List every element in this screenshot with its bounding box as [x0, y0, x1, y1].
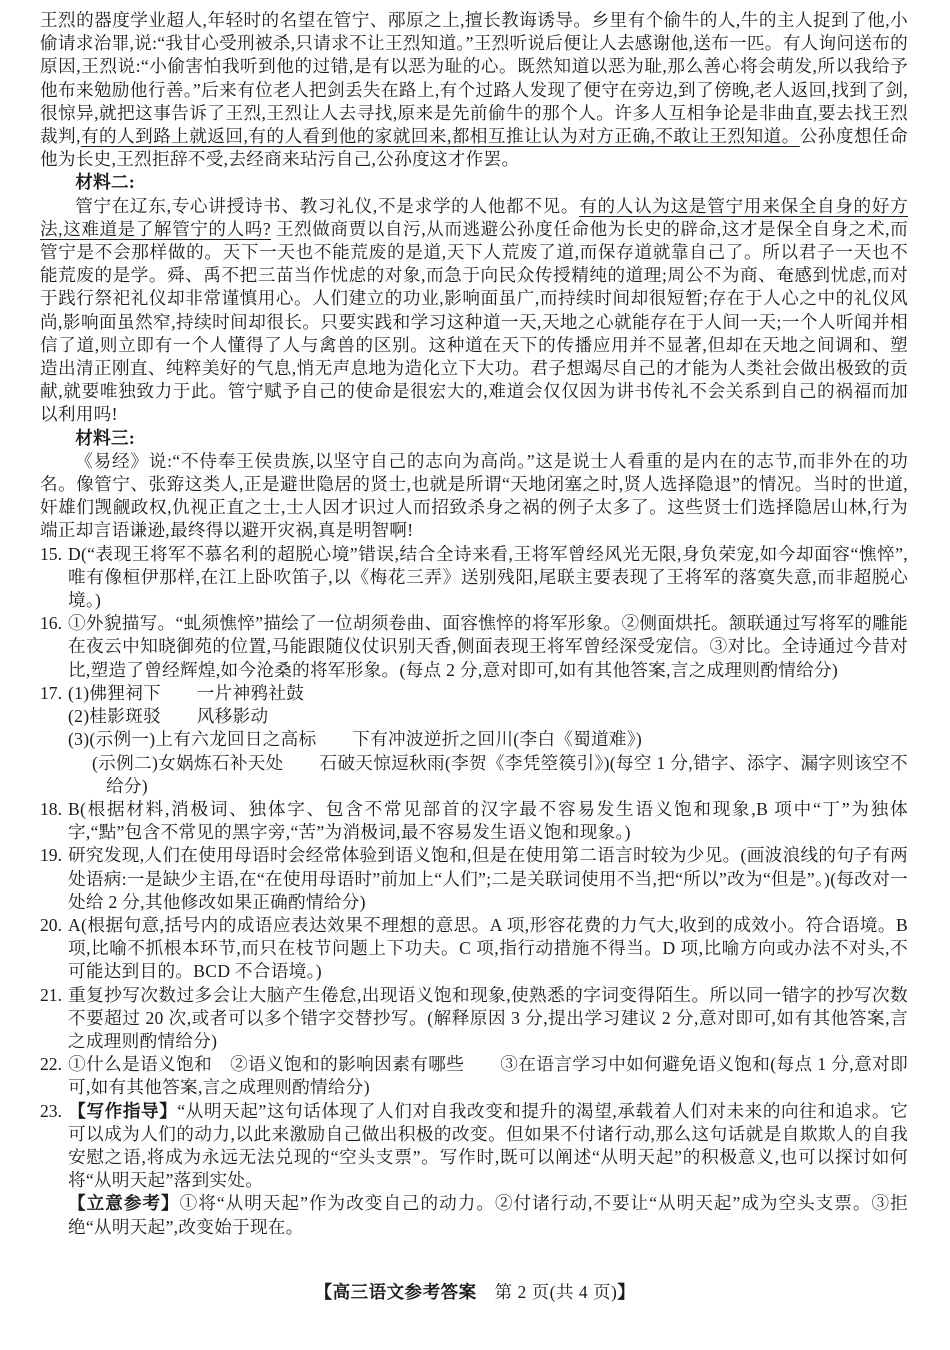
material-three-paragraph-text-run: 《易经》说:“不侍奉王侯贵族,以坚守自己的志向为高尚。”这是说士人看重的是内在的…: [40, 451, 908, 541]
answer-17-line4-text-run: (示例二)女娲炼石补天处 石破天惊逗秋雨(李贺《李凭箜篌引》)(每空 1 分,错…: [92, 753, 908, 796]
answer-22: 22.①什么是语义饱和 ②语义饱和的影响因素有哪些 ③在语言学习中如何避免语义饱…: [40, 1053, 908, 1099]
answer-22-number: 22.: [40, 1053, 68, 1076]
answer-19-text-run: 研究发现,人们在使用母语时会经常体验到语义饱和,但是在使用第二语言时较为少见。(…: [68, 845, 908, 911]
document-body: 王烈的器度学业超人,年轻时的名望在管宁、邴原之上,擅长教诲诱导。乡里有个偷牛的人…: [40, 9, 908, 1239]
material-three-paragraph: 《易经》说:“不侍奉王侯贵族,以坚守自己的志向为高尚。”这是说士人看重的是内在的…: [40, 450, 908, 543]
document-page: 王烈的器度学业超人,年轻时的名望在管宁、邴原之上,擅长教诲诱导。乡里有个偷牛的人…: [0, 0, 950, 1350]
page-footer-text-run: 】: [617, 1282, 635, 1302]
answer-16-number: 16.: [40, 612, 68, 635]
material-three-heading: 材料三:: [40, 427, 908, 450]
answer-17-line1-number: 17.: [40, 682, 68, 705]
page-footer-text-run: 第 2 页(共 4 页): [477, 1282, 618, 1302]
material-three-heading-text-run: 材料三:: [75, 428, 135, 448]
page-footer-text-run: 【高三语文参考答案: [315, 1282, 477, 1302]
page-footer: 【高三语文参考答案 第 2 页(共 4 页)】: [0, 1281, 950, 1304]
answer-20: 20.A(根据句意,括号内的成语应表达效果不理想的意思。A 项,形容花费的力气大…: [40, 914, 908, 984]
material-two-heading-text-run: 材料二:: [75, 172, 135, 192]
answer-18: 18.B(根据材料,消极词、独体字、包含不常见部首的汉字最不容易发生语义饱和现象…: [40, 798, 908, 844]
answer-15-number: 15.: [40, 543, 68, 566]
material-two-paragraph-text-run: 管宁在辽东,专心讲授诗书、教习礼仪,不是求学的人他都不见。: [75, 196, 579, 216]
answer-21-text-run: 重复抄写次数过多会让大脑产生倦怠,出现语义饱和现象,使熟悉的字词变得陌生。所以同…: [68, 985, 908, 1051]
answer-18-text-run: B(根据材料,消极词、独体字、包含不常见部首的汉字最不容易发生语义饱和现象,B …: [68, 799, 908, 842]
answer-21-number: 21.: [40, 984, 68, 1007]
answer-16-text-run: ①外貌描写。“虬须憔悴”描绘了一位胡须卷曲、面容憔悴的将军形象。②侧面烘托。颔联…: [68, 613, 908, 679]
answer-23: 23.【写作指导】“从明天起”这句话体现了人们对自我改变和提升的渴望,承载着人们…: [40, 1100, 908, 1193]
answer-23-intent: 【立意参考】①将“从明天起”作为改变自己的动力。②付诸行动,不要让“从明天起”成…: [40, 1192, 908, 1238]
answer-16: 16.①外貌描写。“虬须憔悴”描绘了一位胡须卷曲、面容憔悴的将军形象。②侧面烘托…: [40, 612, 908, 682]
answer-17-line2-text-run: (2)桂影斑驳 风移影动: [68, 706, 268, 726]
material-one-paragraph-text-run: 有的人到路上就返回,有的人看到他的家就回来,都相互推让认为对方正确,不敢让王烈知…: [81, 126, 800, 146]
answer-23-intent-text-run: ①将“从明天起”作为改变自己的动力。②付诸行动,不要让“从明天起”成为空头支票。…: [68, 1193, 908, 1236]
answer-17-line1-text-run: (1)佛狸祠下 一片神鸦社鼓: [68, 683, 304, 703]
answer-23-intent-text-run: 【立意参考】: [68, 1193, 180, 1213]
answer-23-text-run: 【写作指导】: [68, 1101, 177, 1121]
answer-15: 15.D(“表现王将军不慕名利的超脱心境”错误,结合全诗来看,王将军曾经风光无限…: [40, 543, 908, 613]
answer-17-line2: (2)桂影斑驳 风移影动: [40, 705, 908, 728]
answer-20-text-run: A(根据句意,括号内的成语应表达效果不理想的意思。A 项,形容花费的力气大,收到…: [68, 915, 908, 981]
material-two-paragraph: 管宁在辽东,专心讲授诗书、教习礼仪,不是求学的人他都不见。有的人认为这是管宁用来…: [40, 195, 908, 427]
answer-18-number: 18.: [40, 798, 68, 821]
material-two-heading: 材料二:: [40, 171, 908, 194]
answer-17-line1: 17.(1)佛狸祠下 一片神鸦社鼓: [40, 682, 908, 705]
answer-22-text-run: ①什么是语义饱和 ②语义饱和的影响因素有哪些 ③在语言学习中如何避免语义饱和(每…: [68, 1054, 908, 1097]
answer-19: 19.研究发现,人们在使用母语时会经常体验到语义饱和,但是在使用第二语言时较为少…: [40, 844, 908, 914]
answer-17-line4: (示例二)女娲炼石补天处 石破天惊逗秋雨(李贺《李凭箜篌引》)(每空 1 分,错…: [40, 752, 908, 798]
answer-23-number: 23.: [40, 1100, 68, 1123]
answer-17-line3-text-run: (3)(示例一)上有六龙回日之高标 下有冲波逆折之回川(李白《蜀道难》): [68, 729, 642, 749]
material-two-paragraph-text-run: 王烈做商贾以自污,从而逃避公孙度任命他为长史的辟命,这才是保全自身之术,而管宁是…: [40, 219, 908, 425]
answer-20-number: 20.: [40, 914, 68, 937]
answer-17-line3: (3)(示例一)上有六龙回日之高标 下有冲波逆折之回川(李白《蜀道难》): [40, 728, 908, 751]
material-one-paragraph: 王烈的器度学业超人,年轻时的名望在管宁、邴原之上,擅长教诲诱导。乡里有个偷牛的人…: [40, 9, 908, 171]
answer-15-text-run: D(“表现王将军不慕名利的超脱心境”错误,结合全诗来看,王将军曾经风光无限,身负…: [68, 544, 908, 610]
answer-21: 21.重复抄写次数过多会让大脑产生倦怠,出现语义饱和现象,使熟悉的字词变得陌生。…: [40, 984, 908, 1054]
answer-19-number: 19.: [40, 844, 68, 867]
answer-23-text-run: “从明天起”这句话体现了人们对自我改变和提升的渴望,承载着人们对未来的向往和追求…: [68, 1101, 908, 1191]
